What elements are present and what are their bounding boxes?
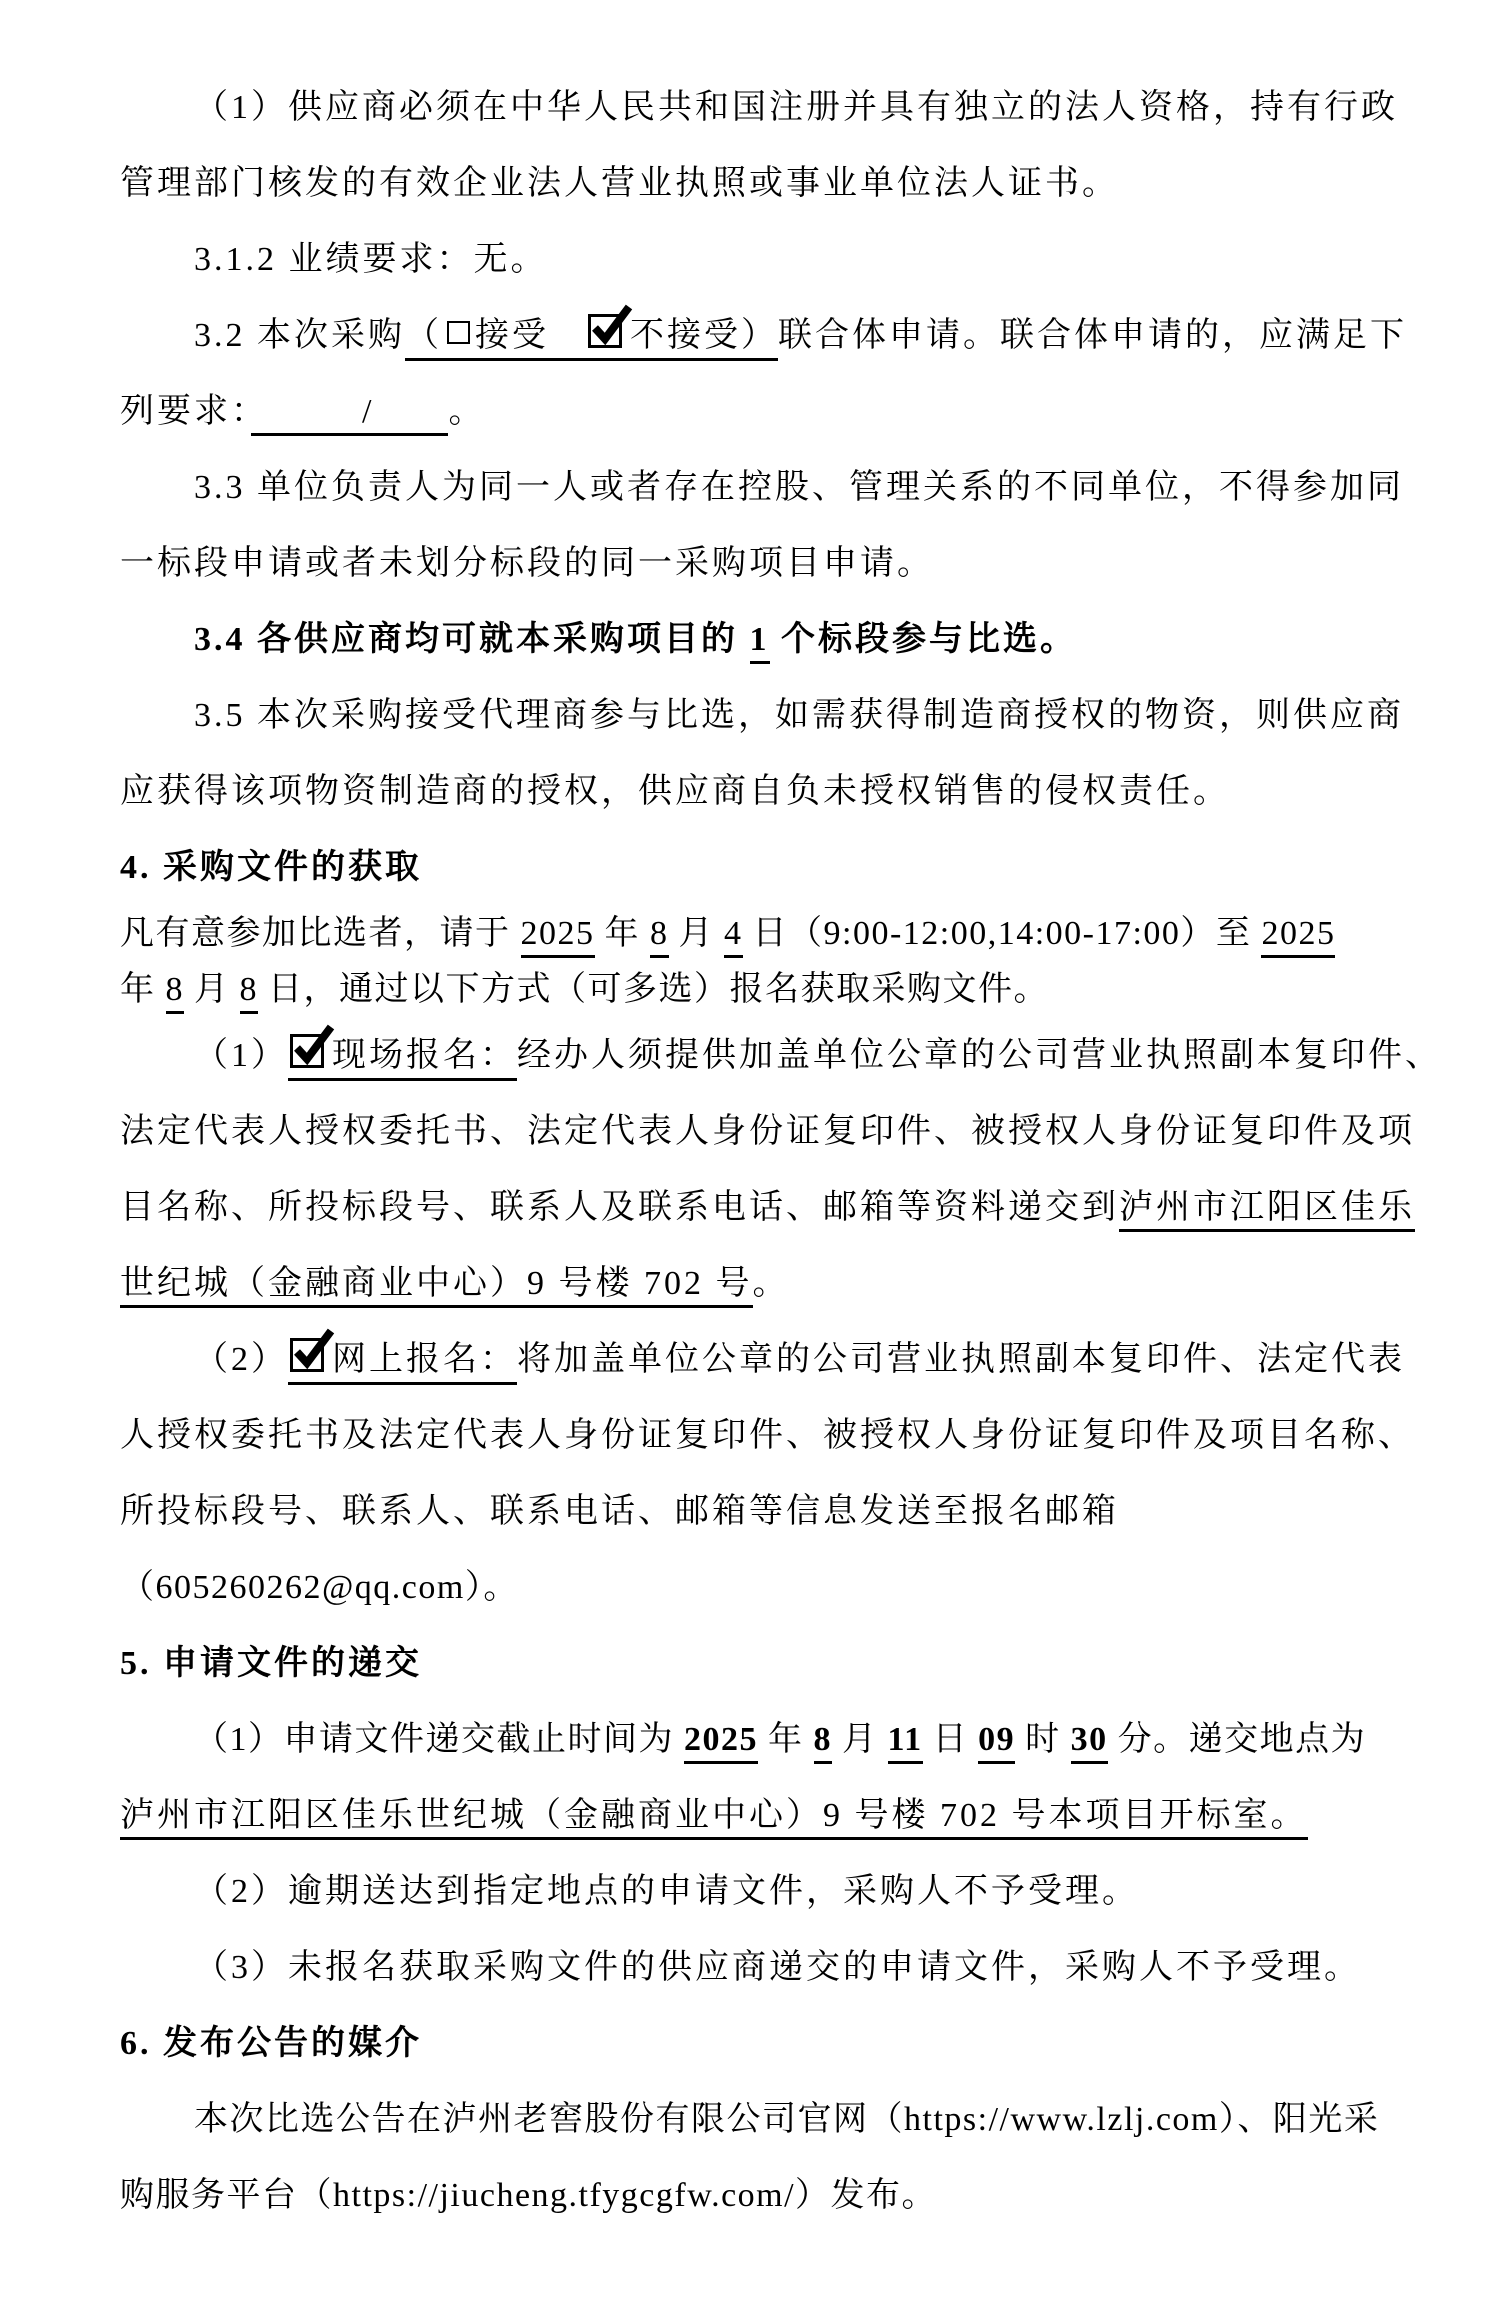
paragraph-text: 购服务平台（https://jiucheng.tfygcgfw.com/）发布。 — [120, 2177, 937, 2214]
online-registration-option: 网上报名： — [288, 1341, 517, 1385]
paragraph-text: 经办人须提供加盖单位公章的公司营业执照副本复印件、 — [517, 1037, 1442, 1074]
section-heading-5: 5. 申请文件的递交 — [120, 1626, 1430, 1702]
paragraph-text: 。 — [448, 393, 485, 430]
paragraph-text: 本次比选公告在泸州老窖股份有限公司官网（https://www.lzlj.com… — [194, 2101, 1379, 2138]
text-line-submission-address: 泸州市江阳区佳乐世纪城（金融商业中心）9 号楼 702 号本项目开标室。 — [120, 1778, 1430, 1854]
paragraph-text: 年 — [120, 971, 166, 1008]
month-value: 8 — [814, 1721, 833, 1764]
checked-checkbox-icon — [290, 1338, 324, 1372]
text-line-registration-email: （605260262@qq.com）。 — [120, 1550, 1430, 1626]
text-line: 管理部门核发的有效企业法人营业执照或事业单位法人证书。 — [120, 146, 1430, 222]
heading-text: 4. 采购文件的获取 — [120, 849, 422, 886]
paragraph-text: 将加盖单位公章的公司营业执照副本复印件、法定代表 — [517, 1341, 1405, 1378]
text-line-obtain-dates: 年 8 月 8 日，通过以下方式（可多选）报名获取采购文件。 — [120, 962, 1430, 1018]
checked-checkbox-icon — [290, 1034, 324, 1068]
day-value: 11 — [888, 1721, 923, 1764]
text-line: 应获得该项物资制造商的授权，供应商自负未授权销售的侵权责任。 — [120, 754, 1430, 830]
text-line: 人授权委托书及法定代表人身份证复印件、被授权人身份证复印件及项目名称、 — [120, 1398, 1430, 1474]
paragraph-text: 法定代表人授权委托书、法定代表人身份证复印件、被授权人身份证复印件及项 — [120, 1113, 1415, 1150]
accept-option-label: 接受 — [475, 317, 586, 354]
year-value: 2025 — [521, 915, 595, 958]
text-line: 一标段申请或者未划分标段的同一采购项目申请。 — [120, 526, 1430, 602]
consortium-option-group: （接受 不接受） — [405, 317, 778, 361]
text-line: 法定代表人授权委托书、法定代表人身份证复印件、被授权人身份证复印件及项 — [120, 1094, 1430, 1170]
paragraph-text: 时 — [1015, 1721, 1071, 1758]
paragraph-text: （2）逾期送达到指定地点的申请文件，采购人不予受理。 — [194, 1873, 1139, 1910]
onsite-registration-option: 现场报名： — [288, 1037, 517, 1081]
text-line: （3）未报名获取采购文件的供应商递交的申请文件，采购人不予受理。 — [120, 1930, 1430, 2006]
minute-value: 30 — [1071, 1721, 1108, 1764]
submission-address: 泸州市江阳区佳乐世纪城（金融商业中心）9 号楼 702 号本项目开标室。 — [120, 1797, 1308, 1840]
checked-checkbox-icon — [588, 314, 622, 348]
paragraph-text: 3.1.2 业绩要求：无。 — [194, 241, 548, 278]
paragraph-text: 分。递交地点为 — [1108, 1721, 1367, 1758]
text-line-onsite-registration: （1）现场报名：经办人须提供加盖单位公章的公司营业执照副本复印件、 — [120, 1018, 1430, 1094]
section-heading-4: 4. 采购文件的获取 — [120, 830, 1430, 906]
lot-count-value: 1 — [750, 621, 770, 664]
section-heading-6: 6. 发布公告的媒介 — [120, 2006, 1430, 2082]
paragraph-text: 列要求： — [120, 393, 251, 430]
item-number: （2） — [194, 1341, 288, 1378]
month-value: 8 — [166, 971, 185, 1014]
day-value: 8 — [240, 971, 259, 1014]
paragraph-text: 3.3 单位负责人为同一人或者存在控股、管理关系的不同单位，不得参加同 — [194, 469, 1404, 506]
text-line: 目名称、所投标段号、联系人及联系电话、邮箱等资料递交到泸州市江阳区佳乐 — [120, 1170, 1430, 1246]
reject-option-label: 不接受） — [630, 317, 778, 354]
text-line-deadline: （1）申请文件递交截止时间为 2025 年 8 月 11 日 09 时 30 分… — [120, 1702, 1430, 1778]
text-line-obtain-dates: 凡有意参加比选者，请于 2025 年 8 月 4 日（9:00-12:00,14… — [120, 906, 1430, 962]
text-line-announcement-media: 本次比选公告在泸州老窖股份有限公司官网（https://www.lzlj.com… — [120, 2082, 1430, 2158]
year-value: 2025 — [684, 1721, 758, 1764]
month-value: 8 — [650, 915, 669, 958]
text-line-lot-participation: 3.4 各供应商均可就本采购项目的 1 个标段参与比选。 — [120, 602, 1430, 678]
text-line: 3.3 单位负责人为同一人或者存在控股、管理关系的不同单位，不得参加同 — [120, 450, 1430, 526]
paragraph-text: （1）申请文件递交截止时间为 — [194, 1721, 684, 1758]
paragraph-text: 管理部门核发的有效企业法人营业执照或事业单位法人证书。 — [120, 165, 1119, 202]
paragraph-text: 年 — [758, 1721, 814, 1758]
day-value: 4 — [724, 915, 743, 958]
year-value: 2025 — [1261, 915, 1335, 958]
delivery-address: 世纪城（金融商业中心）9 号楼 702 号 — [120, 1265, 753, 1308]
text-line: 列要求： / 。 — [120, 374, 1430, 450]
option-label: 现场报名： — [332, 1037, 517, 1074]
heading-text: 6. 发布公告的媒介 — [120, 2025, 422, 2062]
paragraph-text: 所投标段号、联系人、联系电话、邮箱等信息发送至报名邮箱 — [120, 1493, 1119, 1530]
text-line: （2）逾期送达到指定地点的申请文件，采购人不予受理。 — [120, 1854, 1430, 1930]
text-line-consortium-clause: 3.2 本次采购（接受 不接受）联合体申请。联合体申请的，应满足下 — [120, 298, 1430, 374]
text-line-performance-requirement: 3.1.2 业绩要求：无。 — [120, 222, 1430, 298]
option-label: 网上报名： — [332, 1341, 517, 1378]
paragraph-text: 凡有意参加比选者，请于 — [120, 915, 521, 952]
fill-in-blank: / — [251, 393, 448, 436]
text-line: 所投标段号、联系人、联系电话、邮箱等信息发送至报名邮箱 — [120, 1474, 1430, 1550]
paragraph-text: （3）未报名获取采购文件的供应商递交的申请文件，采购人不予受理。 — [194, 1949, 1361, 1986]
document-page: （1）供应商必须在中华人民共和国注册并具有独立的法人资格，持有行政 管理部门核发… — [0, 0, 1500, 2301]
paragraph-text: 日 — [923, 1721, 979, 1758]
paragraph-text: 3.2 本次采购 — [194, 317, 405, 354]
paragraph-text: 个标段参与比选。 — [770, 621, 1078, 658]
paragraph-text: 应获得该项物资制造商的授权，供应商自负未授权销售的侵权责任。 — [120, 773, 1230, 810]
paragraph-text: （1）供应商必须在中华人民共和国注册并具有独立的法人资格，持有行政 — [194, 89, 1398, 126]
paragraph-text: 日，通过以下方式（可多选）报名获取采购文件。 — [258, 971, 1049, 1008]
hour-value: 09 — [978, 1721, 1015, 1764]
paragraph-text: 月 — [669, 915, 725, 952]
delivery-address: 泸州市江阳区佳乐 — [1119, 1189, 1415, 1232]
text-line: （1）供应商必须在中华人民共和国注册并具有独立的法人资格，持有行政 — [120, 70, 1430, 146]
paragraph-text: 日（9:00-12:00,14:00-17:00）至 — [743, 915, 1262, 952]
item-number: （1） — [194, 1037, 288, 1074]
paragraph-text: 联合体申请。联合体申请的，应满足下 — [778, 317, 1407, 354]
paragraph-text: 一标段申请或者未划分标段的同一采购项目申请。 — [120, 545, 934, 582]
text-line-announcement-media: 购服务平台（https://jiucheng.tfygcgfw.com/）发布。 — [120, 2158, 1430, 2234]
paragraph-text: 。 — [753, 1265, 790, 1302]
paren-text: （ — [405, 317, 442, 354]
paragraph-text: 3.4 各供应商均可就本采购项目的 — [194, 621, 750, 658]
heading-text: 5. 申请文件的递交 — [120, 1645, 422, 1682]
paragraph-text: 年 — [595, 915, 651, 952]
text-line-online-registration: （2）网上报名：将加盖单位公章的公司营业执照副本复印件、法定代表 — [120, 1322, 1430, 1398]
paragraph-text: 目名称、所投标段号、联系人及联系电话、邮箱等资料递交到 — [120, 1189, 1119, 1226]
paragraph-text: 月 — [184, 971, 240, 1008]
email-address: （605260262@qq.com）。 — [120, 1569, 519, 1606]
paragraph-text: 3.5 本次采购接受代理商参与比选，如需获得制造商授权的物资，则供应商 — [194, 697, 1404, 734]
unchecked-checkbox-icon — [447, 321, 470, 344]
paragraph-text: 人授权委托书及法定代表人身份证复印件、被授权人身份证复印件及项目名称、 — [120, 1417, 1415, 1454]
paragraph-text: 月 — [832, 1721, 888, 1758]
text-line: 3.5 本次采购接受代理商参与比选，如需获得制造商授权的物资，则供应商 — [120, 678, 1430, 754]
text-line: 世纪城（金融商业中心）9 号楼 702 号。 — [120, 1246, 1430, 1322]
